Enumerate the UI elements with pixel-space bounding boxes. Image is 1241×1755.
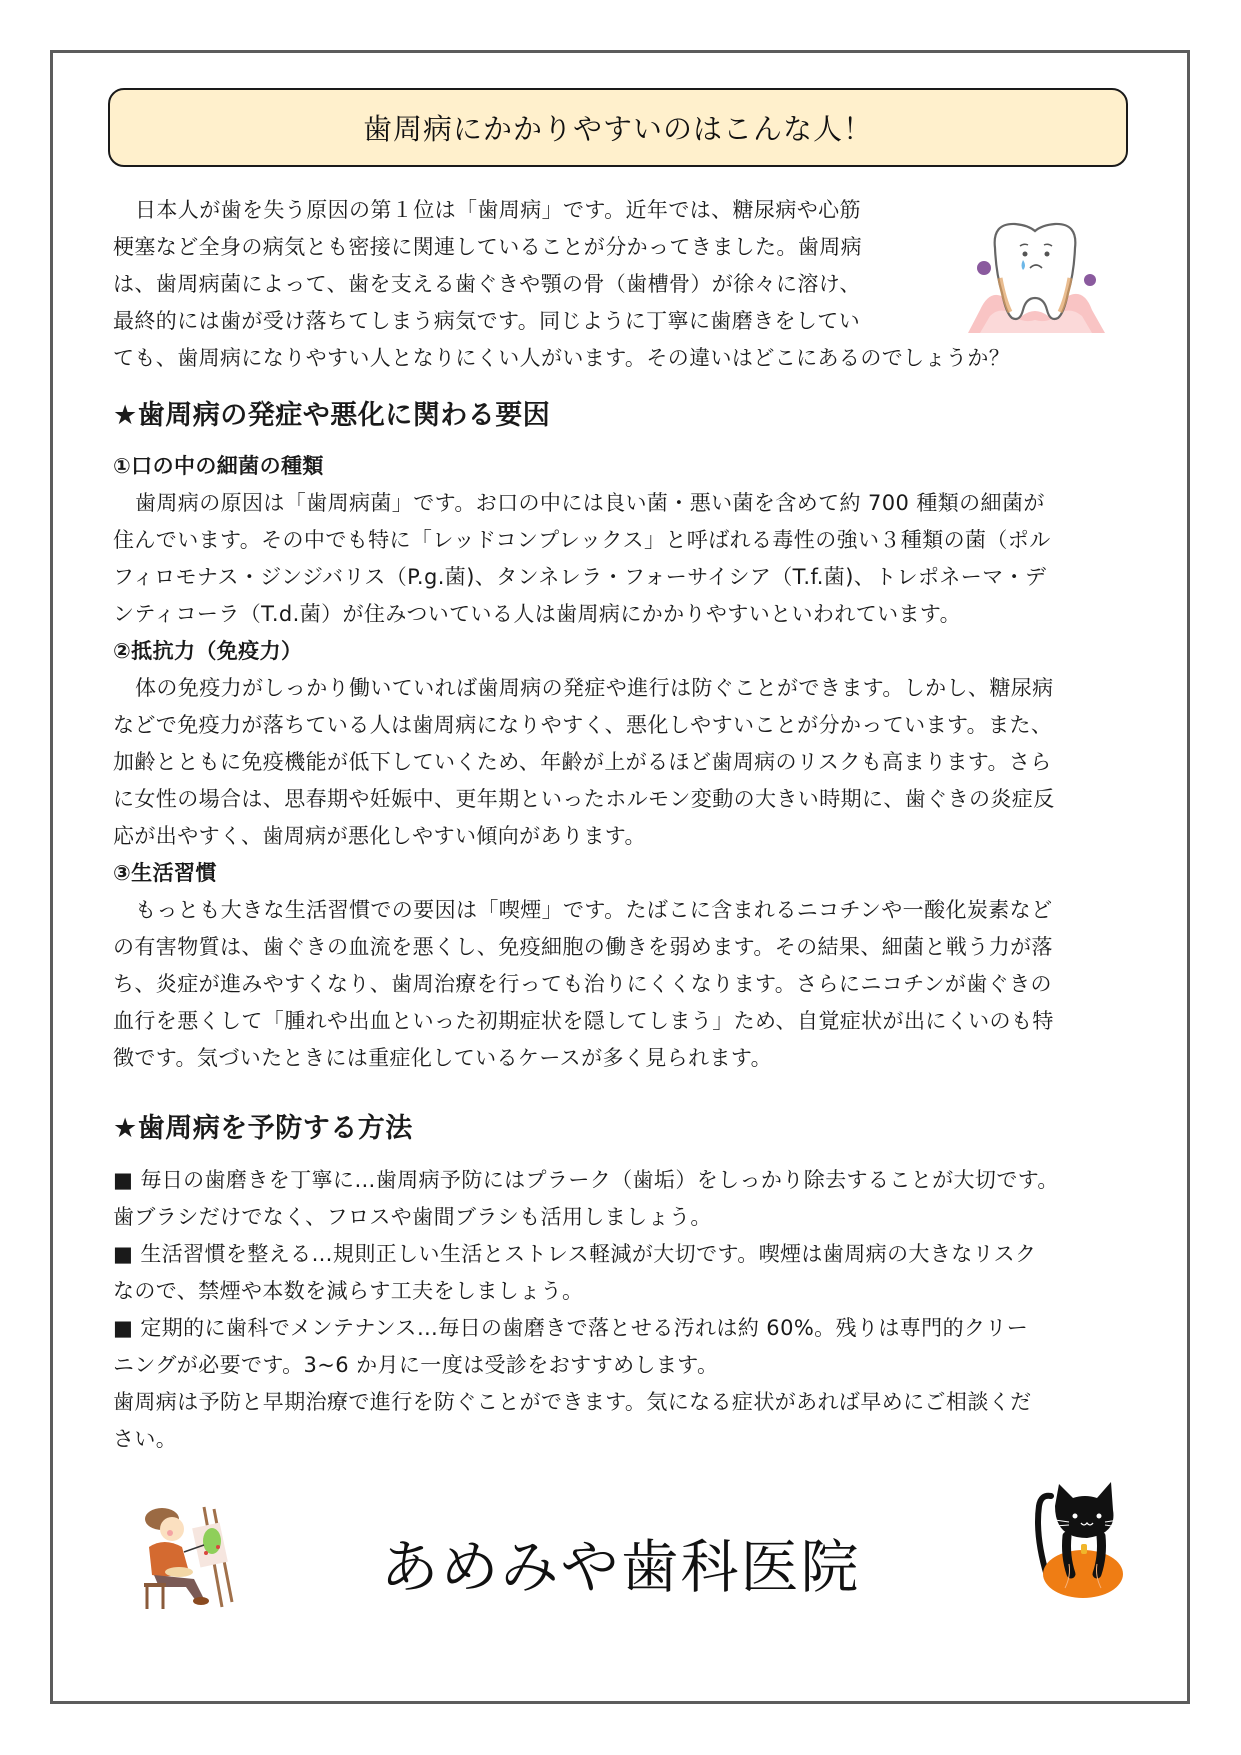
factor-line: フィロモナス・ジンジバリス（P.g.菌)、タンネレラ・フォーサイシア（T.f.菌…	[113, 559, 1051, 596]
factor-line: に女性の場合は、思春期や妊娠中、更年期といったホルモン変動の大きい時期に、歯ぐき…	[113, 781, 1055, 818]
factor-bacteria: ①口の中の細菌の種類 歯周病の原因は「歯周病菌」です。お口の中には良い菌・悪い菌…	[113, 448, 1051, 633]
factor-line: 徴です。気づいたときには重症化しているケースが多く見られます。	[113, 1040, 1054, 1077]
prevention-list: ■ 毎日の歯磨きを丁寧に…歯周病予防にはプラーク（歯垢）をしっかり除去することが…	[113, 1162, 1059, 1458]
factor-line: もっとも大きな生活習慣での要因は「喫煙」です。たばこに含まれるニコチンや一酸化炭…	[113, 892, 1054, 929]
intro-line: 梗塞など全身の病気とも密接に関連していることが分かってきました。歯周病	[113, 229, 1010, 266]
prevention-line: ■ 毎日の歯磨きを丁寧に…歯周病予防にはプラーク（歯垢）をしっかり除去することが…	[113, 1162, 1059, 1199]
factor-line: 住んでいます。その中でも特に「レッドコンプレックス」と呼ばれる毒性の強い３種類の…	[113, 522, 1051, 559]
black-cat-pumpkin-icon	[1025, 1476, 1125, 1601]
prevention-line: ■ 定期的に歯科でメンテナンス…毎日の歯磨きで落とせる汚れは約 60%。残りは専…	[113, 1310, 1059, 1347]
prevention-line: ニングが必要です。3~6 か月に一度は受診をおすすめします。	[113, 1347, 1059, 1384]
page-title: 歯周病にかかりやすいのはこんな人！	[363, 107, 873, 148]
factor-heading: ③生活習慣	[113, 855, 1054, 892]
section-heading-factors: ★歯周病の発症や悪化に関わる要因	[113, 393, 550, 432]
factor-line: 血行を悪くして「腫れや出血といった初期症状を隠してしまう」ため、自覚症状が出にく…	[113, 1003, 1054, 1040]
intro-line: 最終的には歯が受け落ちてしまう病気です。同じように丁寧に歯磨きをしてい	[113, 303, 1010, 340]
factor-line: 加齢とともに免疫機能が低下していくため、年齢が上がるほど歯周病のリスクも高まりま…	[113, 744, 1055, 781]
intro-line: は、歯周病菌によって、歯を支える歯ぐきや顎の骨（歯槽骨）が徐々に溶け、	[113, 266, 1010, 303]
factor-line: などで免疫力が落ちている人は歯周病になりやすく、悪化しやすいことが分かっています…	[113, 707, 1055, 744]
factor-heading: ①口の中の細菌の種類	[113, 448, 1051, 485]
factor-immunity: ②抵抗力（免疫力） 体の免疫力がしっかり働いていれば歯周病の発症や進行は防ぐこと…	[113, 633, 1055, 855]
intro-line: ても、歯周病になりやすい人となりにくい人がいます。その違いはどこにあるのでしょう…	[113, 340, 1010, 377]
prevention-line: 歯ブラシだけでなく、フロスや歯間ブラシも活用しましょう。	[113, 1199, 1059, 1236]
prevention-line: ■ 生活習慣を整える…規則正しい生活とストレス軽減が大切です。喫煙は歯周病の大き…	[113, 1236, 1059, 1273]
prevention-line: 歯周病は予防と早期治療で進行を防ぐことができます。気になる症状があれば早めにご相…	[113, 1384, 1059, 1421]
intro-line: 日本人が歯を失う原因の第１位は「歯周病」です。近年では、糖尿病や心筋	[113, 192, 1010, 229]
title-banner: 歯周病にかかりやすいのはこんな人！	[108, 88, 1128, 167]
factor-line: 歯周病の原因は「歯周病菌」です。お口の中には良い菌・悪い菌を含めて約 700 種…	[113, 485, 1051, 522]
factor-line: 体の免疫力がしっかり働いていれば歯周病の発症や進行は防ぐことができます。しかし、…	[113, 670, 1055, 707]
factor-line: ち、炎症が進みやすくなり、歯周治療を行っても治りにくくなります。さらにニコチンが…	[113, 966, 1054, 1003]
prevention-line: さい。	[113, 1421, 1059, 1458]
prevention-line: なので、禁煙や本数を減らす工夫をしましょう。	[113, 1273, 1059, 1310]
factor-line: ンティコーラ（T.d.菌）が住みついている人は歯周病にかかりやすいといわれていま…	[113, 596, 1051, 633]
factor-line: 応が出やすく、歯周病が悪化しやすい傾向があります。	[113, 818, 1055, 855]
section-heading-prevention: ★歯周病を予防する方法	[113, 1106, 413, 1145]
factor-heading: ②抵抗力（免疫力）	[113, 633, 1055, 670]
intro-paragraph: 日本人が歯を失う原因の第１位は「歯周病」です。近年では、糖尿病や心筋 梗塞など全…	[113, 192, 1010, 377]
crying-tooth-icon	[960, 218, 1110, 338]
factor-lifestyle: ③生活習慣 もっとも大きな生活習慣での要因は「喫煙」です。たばこに含まれるニコチ…	[113, 855, 1054, 1077]
factor-line: の有害物質は、歯ぐきの血流を悪くし、免疫細胞の働きを弱めます。その結果、細菌と戦…	[113, 929, 1054, 966]
